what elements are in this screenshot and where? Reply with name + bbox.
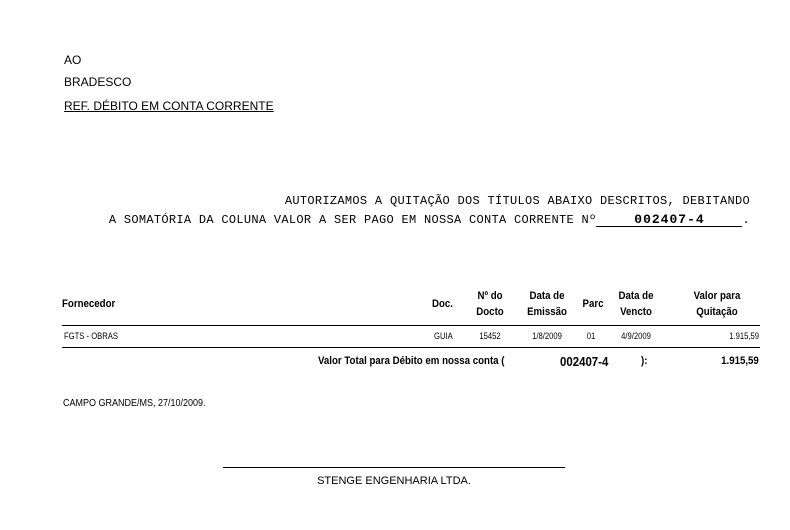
- authorization-line-2-text: A SOMATÓRIA DA COLUNA VALOR A SER PAGO E…: [109, 213, 597, 227]
- cell-valor: 1.915,59: [729, 331, 759, 341]
- cell-ndocto: 15452: [473, 331, 507, 341]
- place-date: CAMPO GRANDE/MS, 27/10/2009.: [63, 398, 206, 409]
- cell-emissao: 1/8/2009: [524, 331, 570, 341]
- col-header-parc: Parc: [581, 296, 606, 312]
- addressee-label: AO: [64, 53, 81, 67]
- cell-doc: GUIA: [434, 331, 453, 341]
- signatory-name: STENGE ENGENHARIA LTDA.: [223, 475, 565, 487]
- authorization-line-2: A SOMATÓRIA DA COLUNA VALOR A SER PAGO E…: [109, 213, 750, 227]
- account-number: 002407-4: [596, 213, 742, 227]
- col-header-emissao-line2: Emissão: [523, 304, 571, 320]
- col-header-ndocto: Nº do Docto: [472, 288, 507, 320]
- authorization-line-1: AUTORIZAMOS A QUITAÇÃO DOS TÍTULOS ABAIX…: [285, 194, 750, 208]
- reference-line: REF. DÉBITO EM CONTA CORRENTE: [64, 99, 274, 113]
- col-header-fornecedor: Fornecedor: [62, 296, 115, 312]
- row-divider: [62, 347, 760, 348]
- col-header-vencto: Data de Vencto: [613, 288, 659, 320]
- col-header-valor-line1: Valor para: [684, 288, 749, 304]
- total-close-paren: ):: [641, 355, 647, 367]
- signature-line: [223, 467, 565, 468]
- col-header-emissao: Data de Emissão: [523, 288, 571, 320]
- total-value: 1.915,59: [721, 355, 759, 367]
- col-header-ndocto-line1: Nº do: [472, 288, 507, 304]
- bank-name: BRADESCO: [64, 75, 131, 89]
- col-header-doc: Doc.: [432, 296, 453, 312]
- col-header-emissao-line1: Data de: [523, 288, 571, 304]
- total-account: 002407-4: [560, 354, 608, 369]
- cell-parc: 01: [581, 331, 601, 341]
- col-header-valor-line2: Quitação: [684, 304, 749, 320]
- col-header-vencto-line2: Vencto: [613, 304, 659, 320]
- col-header-valor: Valor para Quitação: [684, 288, 749, 320]
- authorization-line-2-end: .: [742, 213, 750, 227]
- cell-vencto: 4/9/2009: [614, 331, 658, 341]
- header-divider: [62, 325, 760, 326]
- total-label: Valor Total para Débito em nossa conta (: [318, 355, 504, 367]
- col-header-vencto-line1: Data de: [613, 288, 659, 304]
- cell-fornecedor: FGTS - OBRAS: [64, 331, 118, 341]
- col-header-ndocto-line2: Docto: [472, 304, 507, 320]
